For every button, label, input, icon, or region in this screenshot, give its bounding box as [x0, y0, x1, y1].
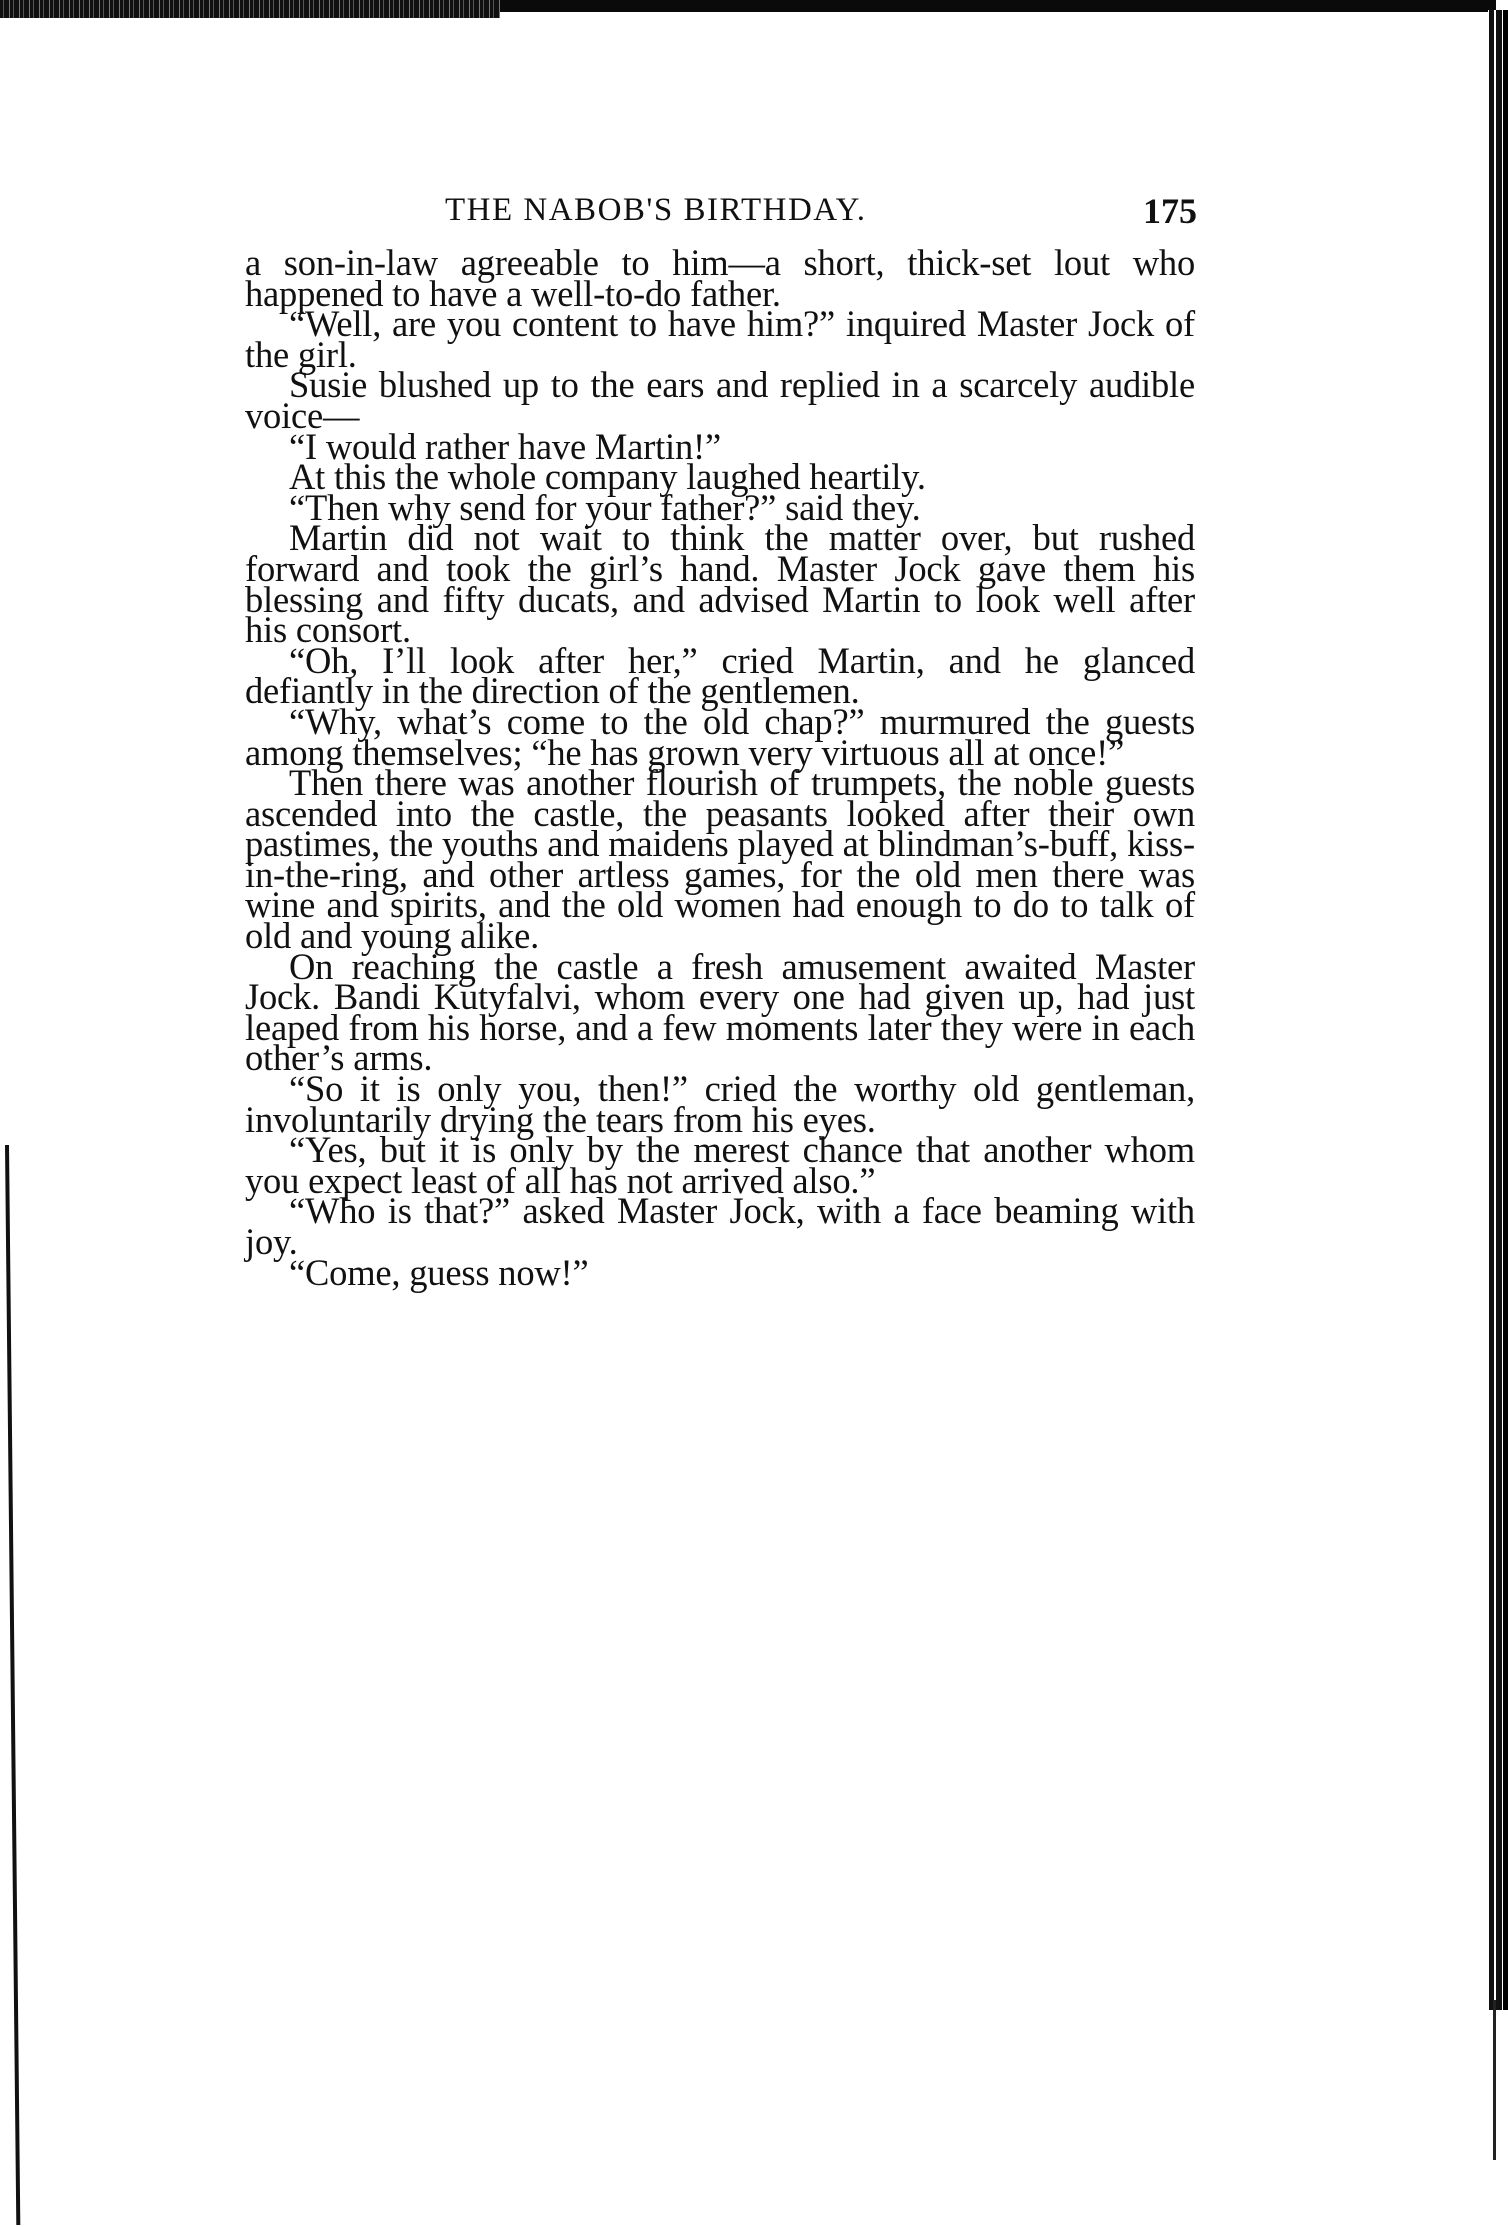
paragraph: “Who is that?” asked Master Jock, with a…: [245, 1196, 1195, 1257]
paragraph: On reaching the castle a fresh amusement…: [245, 952, 1195, 1074]
scan-left-edge: [5, 1145, 20, 2225]
running-head: THE NABOB'S BIRTHDAY. 175: [245, 180, 1195, 240]
paragraph: “Why, what’s come to the old chap?” murm…: [245, 707, 1195, 768]
paragraph: “Yes, but it is only by the merest chanc…: [245, 1135, 1195, 1196]
paragraph: “So it is only you, then!” cried the wor…: [245, 1074, 1195, 1135]
page-number: 175: [1143, 190, 1197, 232]
paragraph: “Well, are you content to have him?” inq…: [245, 309, 1195, 370]
book-page: THE NABOB'S BIRTHDAY. 175 a son-in-law a…: [245, 180, 1195, 1288]
body-text: a son-in-law agreeable to him—a short, t…: [245, 248, 1195, 1288]
scan-right-edge: [1488, 10, 1508, 2010]
paragraph: “Come, guess now!”: [245, 1258, 1195, 1289]
paragraph: Then there was another flourish of trump…: [245, 768, 1195, 952]
paragraph: Martin did not wait to think the matter …: [245, 523, 1195, 645]
scan-top-edge: [0, 0, 1496, 12]
paragraph: a son-in-law agreeable to him—a short, t…: [245, 248, 1195, 309]
paragraph: Susie blushed up to the ears and replied…: [245, 370, 1195, 431]
paragraph: “Oh, I’ll look after her,” cried Martin,…: [245, 646, 1195, 707]
scan-right-edge-lower: [1493, 2000, 1496, 2160]
running-title: THE NABOB'S BIRTHDAY.: [445, 192, 866, 229]
